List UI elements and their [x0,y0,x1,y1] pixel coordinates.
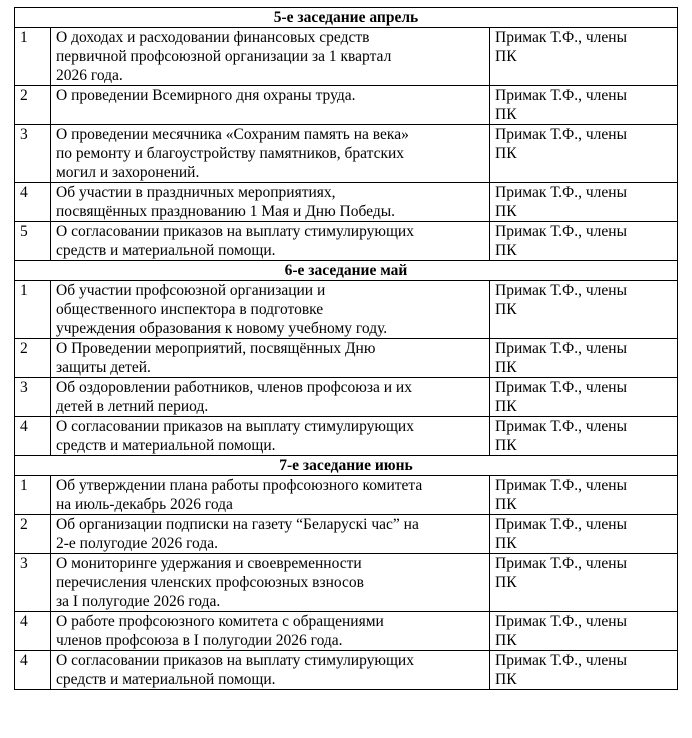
section-header-row: 5-е заседание апрель [15,8,678,28]
section-header-row: 6-е заседание май [15,261,678,281]
document-page: 5-е заседание апрель1О доходах и расходо… [14,7,678,690]
responsible-line: ПК [495,300,673,319]
responsible-line: Примак Т.Ф., члены [495,417,673,436]
agenda-text-line: О проведении Всемирного дня охраны труда… [56,86,485,105]
responsible-persons: Примак Т.Ф., членыПК [490,417,678,456]
responsible-line: Примак Т.Ф., члены [495,125,673,144]
responsible-persons: Примак Т.Ф., членыПК [490,378,678,417]
table-row: 4О работе профсоюзного комитета с обраще… [15,612,678,651]
responsible-line: ПК [495,436,673,455]
agenda-item-text: Об оздоровлении работников, членов профс… [51,378,490,417]
responsible-persons: Примак Т.Ф., членыПК [490,515,678,554]
agenda-text-line: О мониторинге удержания и своевременност… [56,554,485,573]
responsible-line: Примак Т.Ф., члены [495,339,673,358]
responsible-line: ПК [495,397,673,416]
table-row: 4О согласовании приказов на выплату стим… [15,417,678,456]
item-number: 1 [15,476,51,515]
item-number: 1 [15,281,51,339]
responsible-persons: Примак Т.Ф., членыПК [490,651,678,690]
section-title: 5-е заседание апрель [15,8,678,28]
agenda-item-text: О проведении Всемирного дня охраны труда… [51,86,490,125]
agenda-item-text: О согласовании приказов на выплату стиму… [51,417,490,456]
agenda-text-line: О Проведении мероприятий, посвящённых Дн… [56,339,485,358]
agenda-text-line: 2026 года. [56,66,485,85]
section-title: 7-е заседание июнь [15,456,678,476]
item-number: 1 [15,28,51,86]
agenda-item-text: О согласовании приказов на выплату стиму… [51,651,490,690]
agenda-text-line: Об оздоровлении работников, членов профс… [56,378,485,397]
agenda-text-line: средств и материальной помощи. [56,241,485,260]
agenda-text-line: перечисления членских профсоюзных взносо… [56,573,485,592]
item-number: 3 [15,378,51,417]
table-row: 2О Проведении мероприятий, посвящённых Д… [15,339,678,378]
responsible-line: ПК [495,495,673,514]
agenda-text-line: посвящённых празднованию 1 Мая и Дню Поб… [56,202,485,221]
item-number: 4 [15,651,51,690]
agenda-item-text: О доходах и расходовании финансовых сред… [51,28,490,86]
agenda-item-text: О мониторинге удержания и своевременност… [51,554,490,612]
item-number: 3 [15,554,51,612]
agenda-text-line: Об участии профсоюзной организации и [56,281,485,300]
responsible-line: Примак Т.Ф., члены [495,612,673,631]
agenda-text-line: О согласовании приказов на выплату стиму… [56,651,485,670]
agenda-text-line: общественного инспектора в подготовке [56,300,485,319]
meeting-plan-body: 5-е заседание апрель1О доходах и расходо… [15,8,678,690]
agenda-text-line: защиты детей. [56,358,485,377]
agenda-item-text: О проведении месячника «Сохраним память … [51,125,490,183]
item-number: 2 [15,339,51,378]
agenda-item-text: Об участии в праздничных мероприятиях,по… [51,183,490,222]
section-title: 6-е заседание май [15,261,678,281]
responsible-line: ПК [495,358,673,377]
item-number: 2 [15,515,51,554]
agenda-text-line: за I полугодие 2026 года. [56,592,485,611]
responsible-persons: Примак Т.Ф., членыПК [490,28,678,86]
responsible-line: ПК [495,534,673,553]
responsible-line: ПК [495,631,673,650]
responsible-line: Примак Т.Ф., члены [495,86,673,105]
responsible-line: ПК [495,105,673,124]
item-number: 4 [15,417,51,456]
responsible-persons: Примак Т.Ф., членыПК [490,612,678,651]
table-row: 1Об утверждении плана работы профсоюзног… [15,476,678,515]
responsible-line: Примак Т.Ф., члены [495,378,673,397]
responsible-persons: Примак Т.Ф., членыПК [490,281,678,339]
agenda-item-text: О согласовании приказов на выплату стиму… [51,222,490,261]
table-row: 3Об оздоровлении работников, членов проф… [15,378,678,417]
item-number: 4 [15,183,51,222]
agenda-text-line: средств и материальной помощи. [56,436,485,455]
agenda-text-line: по ремонту и благоустройству памятников,… [56,144,485,163]
section-header-row: 7-е заседание июнь [15,456,678,476]
agenda-text-line: первичной профсоюзной организации за 1 к… [56,47,485,66]
table-row: 2О проведении Всемирного дня охраны труд… [15,86,678,125]
item-number: 4 [15,612,51,651]
agenda-text-line: Об организации подписки на газету “Белар… [56,515,485,534]
agenda-item-text: Об утверждении плана работы профсоюзного… [51,476,490,515]
responsible-line: Примак Т.Ф., члены [495,28,673,47]
table-row: 2Об организации подписки на газету “Бела… [15,515,678,554]
responsible-line: ПК [495,47,673,66]
agenda-text-line: О согласовании приказов на выплату стиму… [56,417,485,436]
responsible-line: Примак Т.Ф., члены [495,281,673,300]
responsible-line: ПК [495,202,673,221]
responsible-line: Примак Т.Ф., члены [495,222,673,241]
responsible-line: Примак Т.Ф., члены [495,183,673,202]
table-row: 4Об участии в праздничных мероприятиях,п… [15,183,678,222]
agenda-item-text: Об участии профсоюзной организации иобще… [51,281,490,339]
agenda-text-line: учреждения образования к новому учебному… [56,319,485,338]
agenda-text-line: могил и захоронений. [56,163,485,182]
agenda-text-line: Об участии в праздничных мероприятиях, [56,183,485,202]
responsible-persons: Примак Т.Ф., членыПК [490,183,678,222]
item-number: 5 [15,222,51,261]
table-row: 3О проведении месячника «Сохраним память… [15,125,678,183]
responsible-persons: Примак Т.Ф., членыПК [490,554,678,612]
agenda-text-line: средств и материальной помощи. [56,670,485,689]
agenda-text-line: Об утверждении плана работы профсоюзного… [56,476,485,495]
responsible-persons: Примак Т.Ф., членыПК [490,222,678,261]
table-row: 1О доходах и расходовании финансовых сре… [15,28,678,86]
agenda-text-line: членов профсоюза в I полугодии 2026 года… [56,631,485,650]
responsible-line: Примак Т.Ф., члены [495,515,673,534]
agenda-item-text: Об организации подписки на газету “Белар… [51,515,490,554]
table-row: 1Об участии профсоюзной организации иобщ… [15,281,678,339]
responsible-persons: Примак Т.Ф., членыПК [490,125,678,183]
agenda-text-line: на июль-декабрь 2026 года [56,495,485,514]
responsible-line: ПК [495,241,673,260]
responsible-line: Примак Т.Ф., члены [495,476,673,495]
responsible-line: ПК [495,144,673,163]
responsible-line: ПК [495,670,673,689]
agenda-text-line: О работе профсоюзного комитета с обращен… [56,612,485,631]
agenda-text-line: О проведении месячника «Сохраним память … [56,125,485,144]
agenda-item-text: О Проведении мероприятий, посвящённых Дн… [51,339,490,378]
agenda-text-line: детей в летний период. [56,397,485,416]
table-row: 5О согласовании приказов на выплату стим… [15,222,678,261]
item-number: 3 [15,125,51,183]
responsible-persons: Примак Т.Ф., членыПК [490,86,678,125]
responsible-persons: Примак Т.Ф., членыПК [490,339,678,378]
item-number: 2 [15,86,51,125]
responsible-persons: Примак Т.Ф., членыПК [490,476,678,515]
table-row: 4О согласовании приказов на выплату стим… [15,651,678,690]
agenda-text-line: О доходах и расходовании финансовых сред… [56,28,485,47]
agenda-text-line: О согласовании приказов на выплату стиму… [56,222,485,241]
meeting-plan-table: 5-е заседание апрель1О доходах и расходо… [14,7,678,690]
responsible-line: Примак Т.Ф., члены [495,651,673,670]
responsible-line: ПК [495,573,673,592]
table-row: 3О мониторинге удержания и своевременнос… [15,554,678,612]
agenda-item-text: О работе профсоюзного комитета с обращен… [51,612,490,651]
agenda-text-line: 2-е полугодие 2026 года. [56,534,485,553]
responsible-line: Примак Т.Ф., члены [495,554,673,573]
